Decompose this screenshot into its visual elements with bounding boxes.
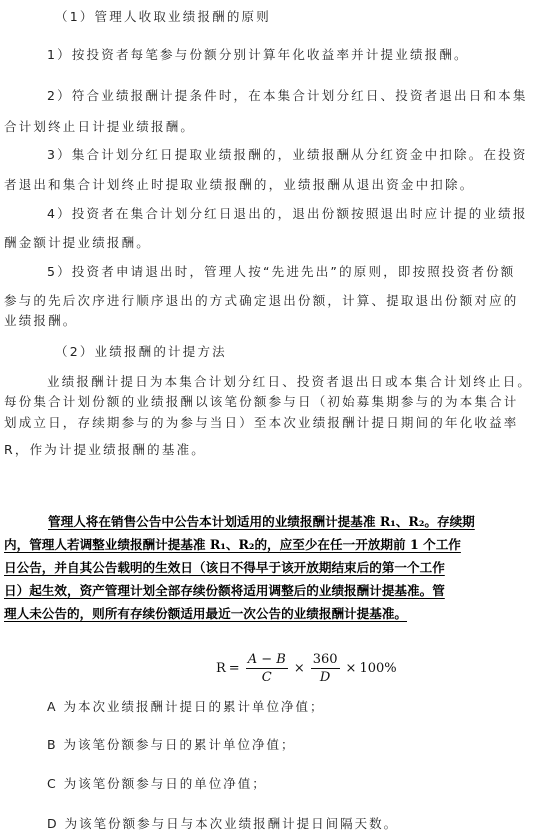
principle-1: 1）按投资者每笔参与份额分别计算年化收益率并计提业绩报酬。 <box>47 47 469 63</box>
principle-5-line3: 业绩报酬。 <box>4 313 78 329</box>
principle-5-line1: 5）投资者申请退出时，管理人按“先进先出”的原则，即按照投资者份额 <box>47 264 516 280</box>
formula-equals: = <box>229 661 240 676</box>
section2-heading: （2）业绩报酬的计提方法 <box>55 344 227 360</box>
formula-lhs: R <box>216 661 226 676</box>
principle-5-line2: 参与的先后次序进行顺序退出的方式确定退出份额，计算、提取退出份额对应的 <box>4 293 519 309</box>
fraction-360-over-d: 360 D <box>311 652 340 685</box>
notice-line2: 内，管理人若调整业绩报酬计提基准 R₁、R₂的，应至少在任一开放期前 1 个工作 <box>4 533 545 556</box>
formula-times: × <box>346 661 357 676</box>
method-paragraph-line1: 业绩报酬计提日为本集合计划分红日、投资者退出日或本集合计划终止日。 <box>47 374 532 390</box>
method-paragraph-line4: R，作为计提业绩报酬的基准。 <box>4 442 206 458</box>
fraction-numerator: A − B <box>246 652 288 669</box>
variable-b-definition: B 为该笔份额参与日的累计单位净值； <box>47 737 296 753</box>
notice-line3: 日公告，并自其公告载明的生效日（该日不得早于该开放期结束后的第一个工作 <box>4 556 545 579</box>
formula-times: × <box>294 661 305 676</box>
method-paragraph-line2: 每份集合计划份额的业绩报酬以该笔份额参与日（初始募集期参与的为本集合计 <box>4 394 519 410</box>
principle-2-line2: 合计划终止日计提业绩报酬。 <box>4 119 195 135</box>
return-rate-formula: R = A − B C × 360 D × 100% <box>216 645 397 691</box>
notice-line5: 理人未公告的，则所有存续份额适用最近一次公告的业绩报酬计提基准。 <box>4 602 407 625</box>
fraction-denominator: D <box>320 669 330 685</box>
fraction-numerator: 360 <box>311 652 340 669</box>
variable-a-definition: A 为本次业绩报酬计提日的累计单位净值； <box>47 699 325 715</box>
method-paragraph-line3: 划成立日，存续期参与的为参与当日）至本次业绩报酬计提日期间的年化收益率 <box>4 415 519 431</box>
fraction-denominator: C <box>262 669 272 685</box>
principle-3-line1: 3）集合计划分红日提取业绩报酬的，业绩报酬从分红资金中扣除。在投资 <box>47 147 528 163</box>
section1-heading: （1）管理人收取业绩报酬的原则 <box>55 9 271 25</box>
variable-d-definition: D 为该笔份额参与日与本次业绩报酬计提日间隔天数。 <box>47 816 398 832</box>
principle-4-line2: 酬金额计提业绩报酬。 <box>4 235 151 251</box>
notice-line4: 日）起生效，资产管理计划全部存续份额将适用调整后的业绩报酬计提基准。管 <box>4 579 545 602</box>
principle-2-line1: 2）符合业绩报酬计提条件时，在本集合计划分红日、投资者退出日和本集 <box>47 88 528 104</box>
formula-percent: 100% <box>359 661 396 676</box>
fraction-a-minus-b-over-c: A − B C <box>246 652 288 685</box>
principle-3-line2: 者退出和集合计划终止时提取业绩报酬的，业绩报酬从退出资金中扣除。 <box>4 177 474 193</box>
notice-line1: 管理人将在销售公告中公告本计划适用的业绩报酬计提基准 R₁、R₂。存续期 <box>48 510 545 533</box>
variable-c-definition: C 为该笔份额参与日的单位净值； <box>47 776 267 792</box>
principle-4-line1: 4）投资者在集合计划分红日退出的，退出份额按照退出时应计提的业绩报 <box>47 206 528 222</box>
